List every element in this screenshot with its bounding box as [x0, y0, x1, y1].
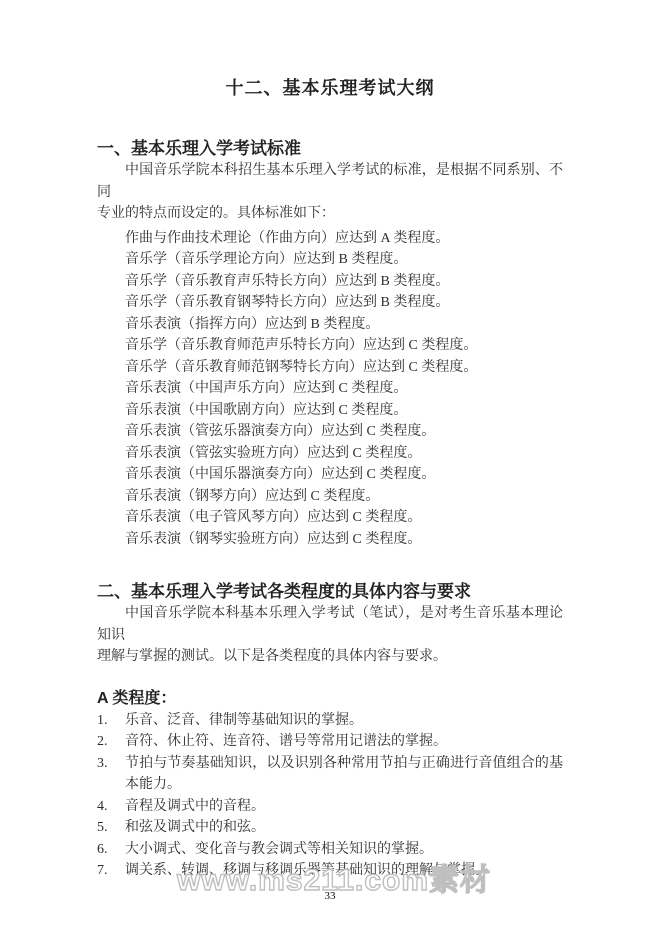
item-text: 节拍与节奏基础知识，以及识别各种常用节拍与正确进行音值组合的基本能力。 — [125, 753, 563, 796]
numbered-item: 3. 节拍与节奏基础知识，以及识别各种常用节拍与正确进行音值组合的基本能力。 — [97, 753, 563, 796]
document-page: 十二、基本乐理考试大纲 一、基本乐理入学考试标准 中国音乐学院本科招生基本乐理入… — [0, 0, 660, 933]
section-1-heading: 一、基本乐理入学考试标准 — [97, 138, 563, 160]
standard-line: 音乐学（音乐学理论方向）应达到 B 类程度。 — [97, 249, 563, 271]
standards-list: 作曲与作曲技术理论（作曲方向）应达到 A 类程度。 音乐学（音乐学理论方向）应达… — [97, 228, 563, 551]
paragraph-line: 专业的特点而设定的。具体标准如下： — [97, 203, 563, 225]
item-number: 5. — [97, 817, 125, 839]
section-1: 一、基本乐理入学考试标准 中国音乐学院本科招生基本乐理入学考试的标准，是根据不同… — [97, 138, 563, 550]
standard-line: 音乐表演（中国乐器演奏方向）应达到 C 类程度。 — [97, 464, 563, 486]
paragraph-line: 中国音乐学院本科招生基本乐理入学考试的标准，是根据不同系别、不同 — [97, 160, 563, 203]
standard-line: 作曲与作曲技术理论（作曲方向）应达到 A 类程度。 — [97, 228, 563, 250]
item-number: 2. — [97, 731, 125, 753]
page-number: 33 — [97, 889, 563, 903]
standard-line: 音乐表演（电子管风琴方向）应达到 C 类程度。 — [97, 507, 563, 529]
section-2: 二、基本乐理入学考试各类程度的具体内容与要求 中国音乐学院本科基本乐理入学考试（… — [97, 581, 563, 882]
numbered-item: 2. 音符、休止符、连音符、谱号等常用记谱法的掌握。 — [97, 731, 563, 753]
section-2-heading: 二、基本乐理入学考试各类程度的具体内容与要求 — [97, 581, 563, 603]
standard-line: 音乐表演（钢琴实验班方向）应达到 C 类程度。 — [97, 529, 563, 551]
grade-a-heading: A 类程度： — [97, 688, 563, 710]
numbered-item: 5. 和弦及调式中的和弦。 — [97, 817, 563, 839]
standard-line: 音乐表演（中国声乐方向）应达到 C 类程度。 — [97, 378, 563, 400]
paragraph-line: 中国音乐学院本科基本乐理入学考试（笔试），是对考生音乐基本理论知识 — [97, 603, 563, 646]
item-text: 音程及调式中的音程。 — [125, 796, 563, 818]
section-1-intro-paragraph: 中国音乐学院本科招生基本乐理入学考试的标准，是根据不同系别、不同 专业的特点而设… — [97, 160, 563, 225]
item-text: 音符、休止符、连音符、谱号等常用记谱法的掌握。 — [125, 731, 563, 753]
standard-line: 音乐学（音乐教育师范声乐特长方向）应达到 C 类程度。 — [97, 335, 563, 357]
page-content: 十二、基本乐理考试大纲 一、基本乐理入学考试标准 中国音乐学院本科招生基本乐理入… — [97, 0, 563, 903]
numbered-item: 4. 音程及调式中的音程。 — [97, 796, 563, 818]
standard-line: 音乐表演（管弦乐器演奏方向）应达到 C 类程度。 — [97, 421, 563, 443]
standard-line: 音乐表演（中国歌剧方向）应达到 C 类程度。 — [97, 400, 563, 422]
item-text: 和弦及调式中的和弦。 — [125, 817, 563, 839]
section-2-intro-paragraph: 中国音乐学院本科基本乐理入学考试（笔试），是对考生音乐基本理论知识 理解与掌握的… — [97, 603, 563, 668]
paragraph-line: 理解与掌握的测试。以下是各类程度的具体内容与要求。 — [97, 646, 563, 668]
item-number: 3. — [97, 753, 125, 796]
numbered-item: 1. 乐音、泛音、律制等基础知识的掌握。 — [97, 710, 563, 732]
standard-line: 音乐表演（钢琴方向）应达到 C 类程度。 — [97, 486, 563, 508]
item-number: 7. — [97, 860, 125, 882]
standard-line: 音乐学（音乐教育钢琴特长方向）应达到 B 类程度。 — [97, 292, 563, 314]
standard-line: 音乐学（音乐教育师范钢琴特长方向）应达到 C 类程度。 — [97, 357, 563, 379]
standard-line: 音乐表演（指挥方向）应达到 B 类程度。 — [97, 314, 563, 336]
item-number: 6. — [97, 839, 125, 861]
standard-line: 音乐表演（管弦实验班方向）应达到 C 类程度。 — [97, 443, 563, 465]
item-text: 乐音、泛音、律制等基础知识的掌握。 — [125, 710, 563, 732]
item-number: 4. — [97, 796, 125, 818]
item-number: 1. — [97, 710, 125, 732]
page-title: 十二、基本乐理考试大纲 — [97, 0, 563, 100]
standard-line: 音乐学（音乐教育声乐特长方向）应达到 B 类程度。 — [97, 271, 563, 293]
